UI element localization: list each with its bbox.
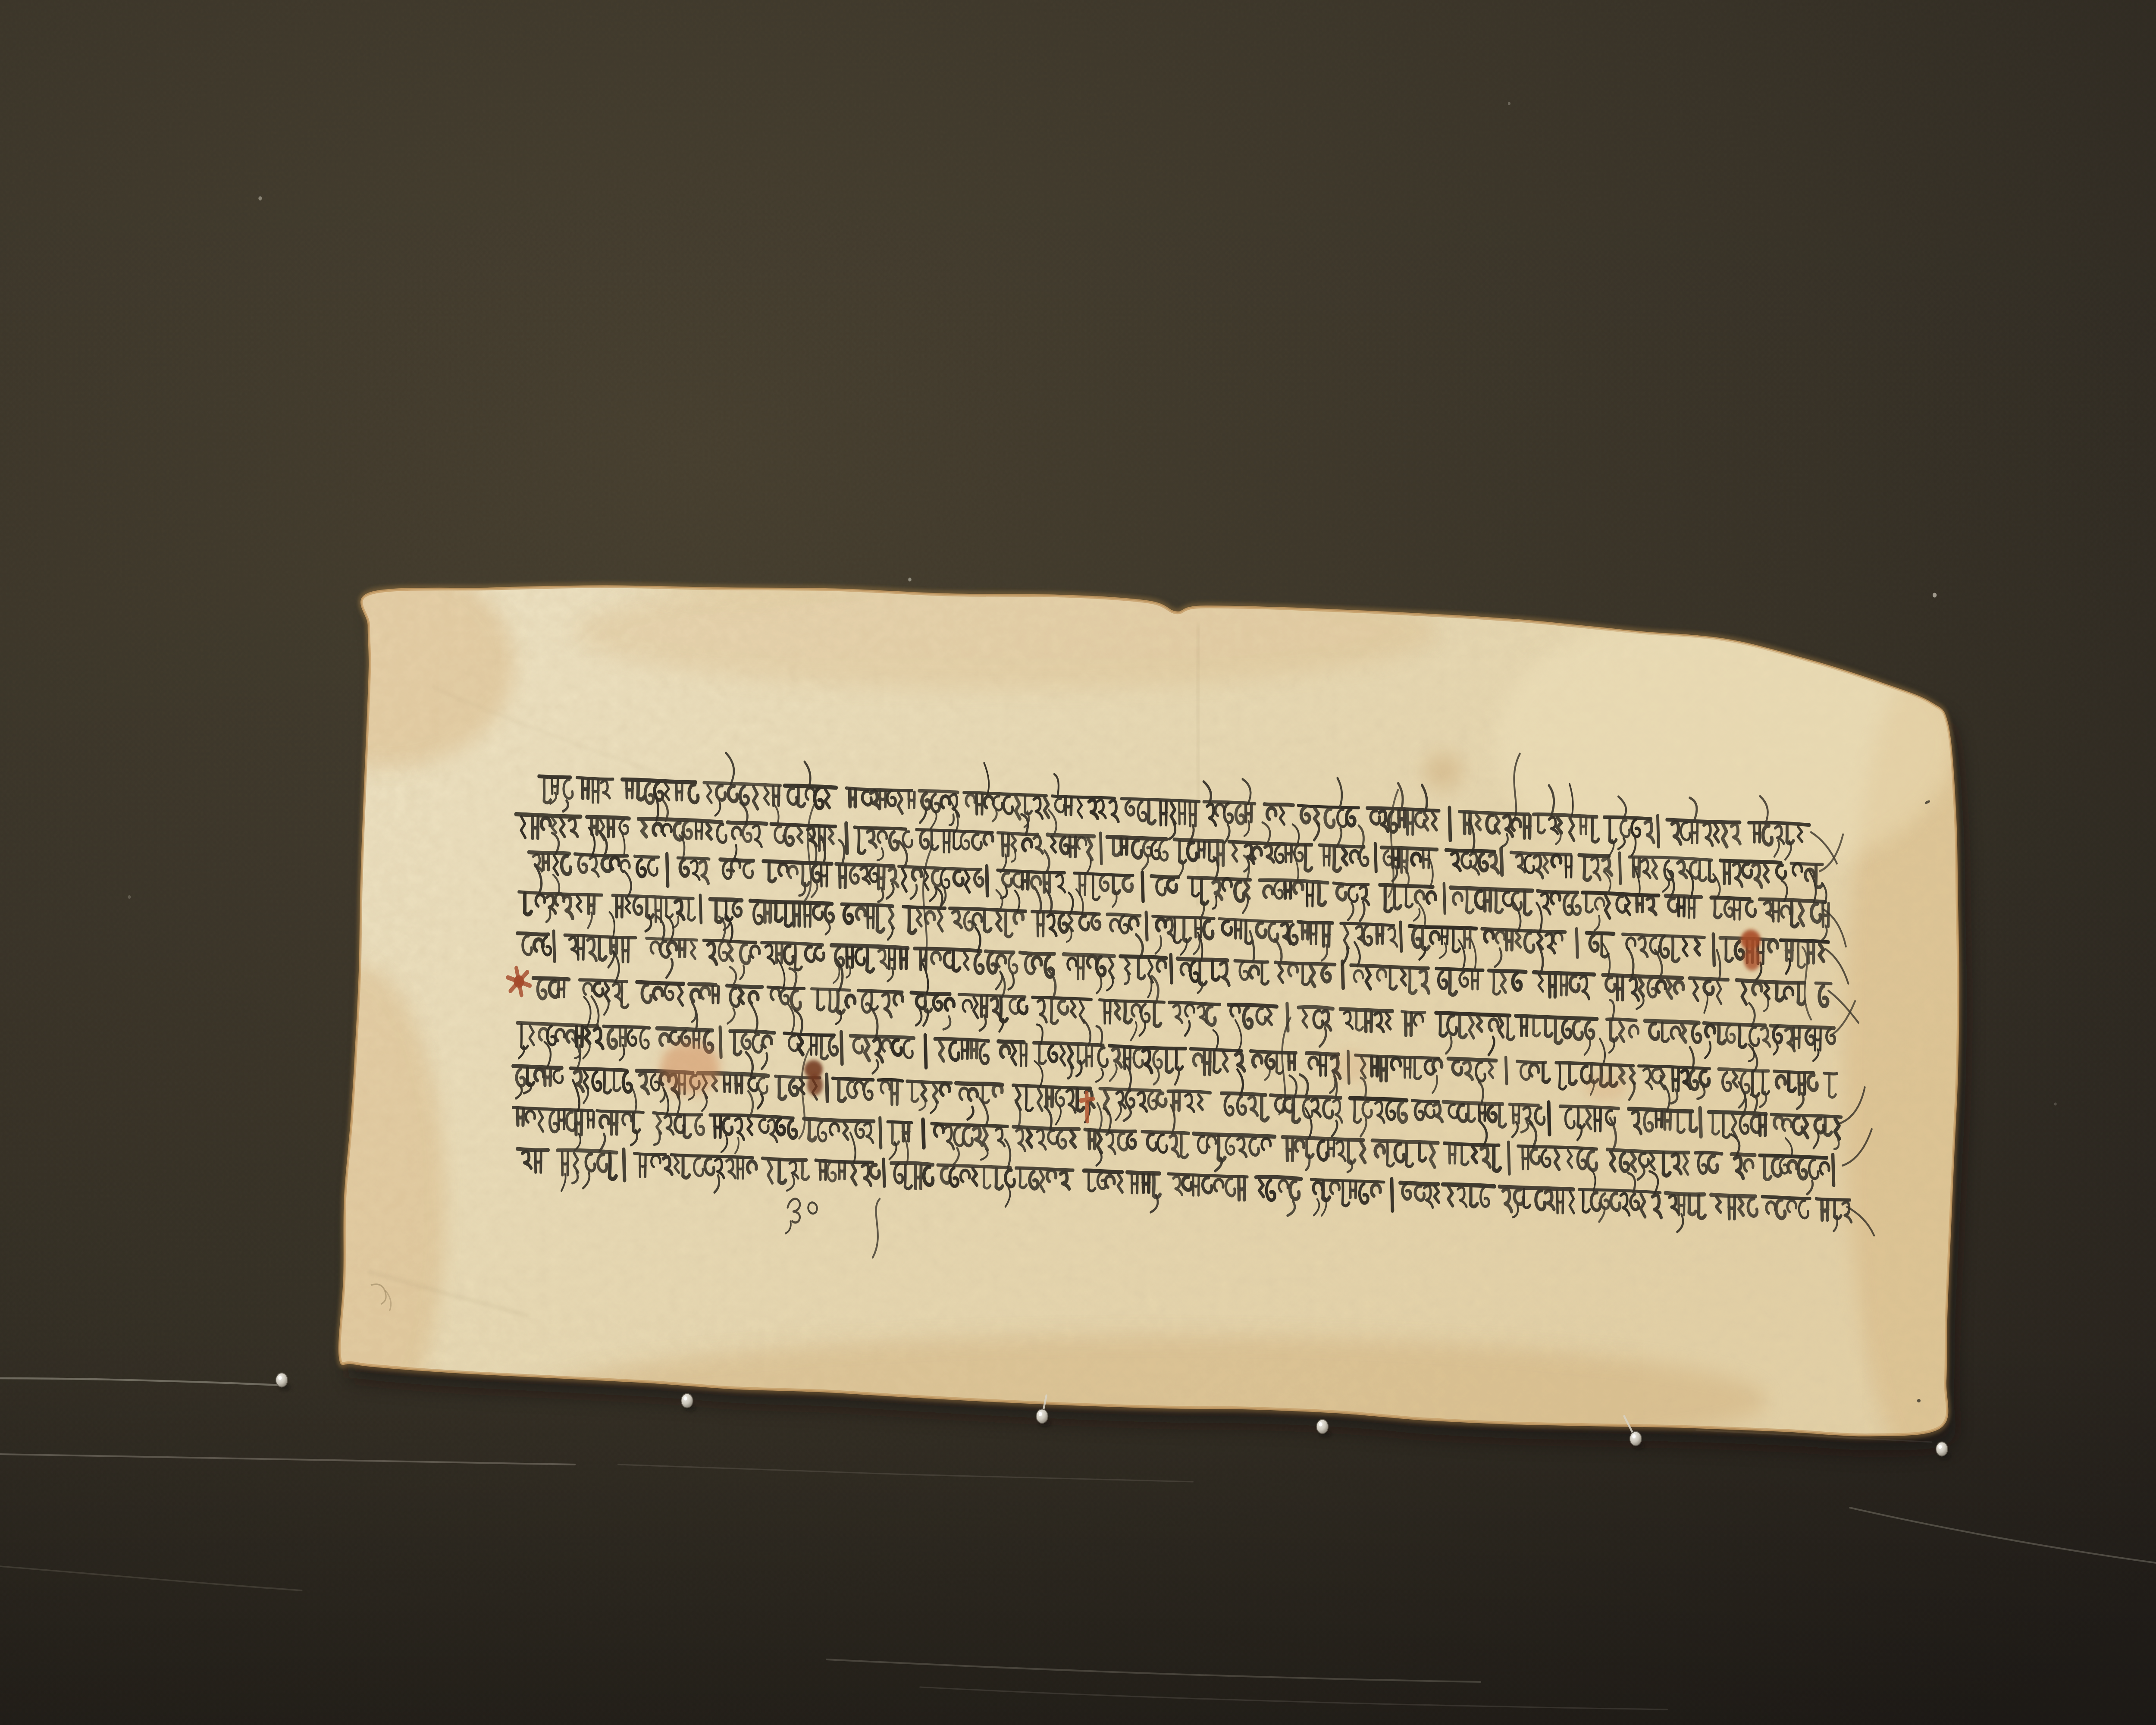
ink-stroke xyxy=(972,1169,977,1185)
ink-stroke xyxy=(707,824,711,839)
pin-highlight xyxy=(1632,1434,1636,1439)
ink-stroke xyxy=(1764,864,1768,881)
dust-speck xyxy=(1933,593,1937,597)
ink-stroke xyxy=(1630,1068,1635,1083)
ink-stroke xyxy=(1620,853,1620,883)
ink-stroke xyxy=(1087,838,1092,859)
ink-stroke xyxy=(884,1160,884,1186)
photo-canvas: Photograph of a single handwritten manus… xyxy=(0,0,2156,1725)
ink-stroke xyxy=(1027,1129,1031,1147)
dust-speck xyxy=(1508,102,1510,105)
ink-stroke xyxy=(1681,1024,1686,1041)
ink-stroke xyxy=(1476,815,1480,830)
ink-stroke xyxy=(855,827,906,829)
ink-stroke xyxy=(1576,929,1577,957)
ink-stroke xyxy=(1314,808,1319,824)
ink-stroke xyxy=(923,1120,924,1147)
ink-stroke xyxy=(635,856,658,857)
ink-stroke xyxy=(517,1149,548,1150)
dust-speck xyxy=(908,578,911,582)
ink-stroke xyxy=(1448,1187,1453,1206)
ink-stroke xyxy=(624,1149,624,1180)
pin-head xyxy=(1936,1442,1948,1456)
pin-head xyxy=(681,1394,693,1408)
ink-stroke xyxy=(922,1084,926,1101)
ink-stroke xyxy=(1631,1153,1636,1171)
ink-stroke xyxy=(1401,969,1406,985)
pin-highlight xyxy=(1039,1412,1042,1416)
ink-stroke xyxy=(1116,1003,1120,1019)
ink-stroke xyxy=(925,1035,926,1067)
ink-stroke xyxy=(911,993,950,994)
ink-stroke xyxy=(517,933,548,935)
ink-stroke xyxy=(1733,1072,1737,1087)
ink-stroke xyxy=(1372,1141,1438,1143)
ink-stroke xyxy=(634,1153,666,1154)
ink-stroke xyxy=(1739,1198,1743,1215)
ink-stroke xyxy=(1719,1069,1769,1071)
ink-stroke xyxy=(829,828,834,844)
ink-stroke xyxy=(799,1036,803,1054)
ink-stroke xyxy=(1713,934,1714,965)
ink-stroke xyxy=(1604,817,1651,819)
ink-stroke xyxy=(586,1028,590,1043)
ink-stroke xyxy=(750,901,832,904)
ink-stroke xyxy=(1275,962,1335,964)
ink-stroke xyxy=(1472,1147,1476,1163)
pin-highlight xyxy=(1319,1422,1322,1427)
ink-stroke xyxy=(720,1027,721,1057)
ink-stroke xyxy=(1151,876,1178,877)
ink-stroke xyxy=(1517,1061,1545,1063)
red-smudge xyxy=(660,1042,720,1094)
ink-stroke xyxy=(1361,1142,1365,1163)
ink-stroke xyxy=(987,866,987,896)
ink-stroke xyxy=(1375,844,1376,872)
ink-stroke xyxy=(1587,933,1614,934)
pin-highlight xyxy=(1938,1445,1942,1449)
ink-stroke xyxy=(1120,957,1166,958)
ink-stroke xyxy=(1443,1184,1494,1186)
ink-stroke xyxy=(1667,980,1671,998)
ink-stroke xyxy=(1557,818,1561,833)
pin-highlight xyxy=(683,1396,687,1401)
ink-stroke xyxy=(939,1041,943,1061)
ink-stroke xyxy=(1774,1071,1814,1073)
ink-stroke xyxy=(1762,1197,1810,1198)
ink-stroke xyxy=(1194,1134,1275,1137)
dust-speck xyxy=(128,895,131,899)
ink-stroke xyxy=(533,978,569,979)
ink-stroke xyxy=(1709,1112,1766,1114)
ink-stroke xyxy=(1097,1132,1102,1153)
ink-stroke xyxy=(1307,1053,1338,1054)
ink-stroke xyxy=(1799,903,1803,925)
ink-stroke xyxy=(700,895,701,922)
ink-stroke xyxy=(1245,882,1249,898)
ink-stroke xyxy=(880,1118,881,1148)
ink-stroke xyxy=(1700,1108,1701,1136)
ink-stroke xyxy=(689,984,716,985)
ink-stroke xyxy=(1100,833,1101,863)
ink-stroke xyxy=(846,823,847,853)
ink-stroke xyxy=(858,991,902,992)
ink-stroke xyxy=(985,951,1014,953)
ink-stroke xyxy=(1508,1142,1509,1174)
manuscript-photo-scene: Photograph of a single handwritten manus… xyxy=(0,0,2156,1725)
ink-stroke xyxy=(1824,1073,1837,1074)
dust-speck xyxy=(258,196,262,201)
ink-stroke xyxy=(865,1038,869,1060)
ink-stroke xyxy=(1142,872,1143,901)
ink-stroke xyxy=(1146,913,1147,940)
ink-stroke xyxy=(1611,1152,1615,1171)
ink-stroke xyxy=(1342,848,1347,865)
ink-stroke xyxy=(667,854,668,886)
ink-stroke xyxy=(1171,955,1172,982)
ink-stroke xyxy=(1256,1177,1301,1179)
ink-stroke xyxy=(642,821,646,837)
ink-stroke xyxy=(1658,816,1658,847)
ink-stroke xyxy=(1516,932,1520,947)
ink-stroke xyxy=(1412,1101,1439,1101)
ink-stroke xyxy=(1298,1007,1333,1009)
ink-stroke xyxy=(1381,847,1437,850)
ink-stroke xyxy=(1350,1098,1407,1101)
ink-stroke xyxy=(1716,1197,1720,1212)
pin-head xyxy=(1630,1432,1642,1446)
ink-stroke xyxy=(554,931,555,961)
ink-stroke xyxy=(730,1031,774,1033)
ink-stroke xyxy=(1264,804,1293,806)
ink-stroke xyxy=(1334,883,1369,884)
ink-stroke xyxy=(1500,1186,1573,1189)
ink-stroke xyxy=(1069,1046,1073,1067)
ink-stroke xyxy=(841,1032,842,1064)
ink-stroke xyxy=(1435,1186,1439,1202)
ink-stroke xyxy=(827,1075,827,1101)
ink-stroke xyxy=(997,913,1001,931)
ink-stroke xyxy=(1833,1155,1834,1186)
faint-red-smear xyxy=(1334,1051,1368,1082)
dust-speck xyxy=(2054,1102,2057,1105)
ink-stroke xyxy=(1430,1145,1435,1167)
ink-stroke xyxy=(1401,922,1401,951)
ink-stroke xyxy=(637,982,683,984)
ink-stroke xyxy=(1259,1179,1263,1196)
ink-stroke xyxy=(1548,1102,1549,1134)
ink-stroke xyxy=(1534,972,1594,975)
ink-stroke xyxy=(1015,797,1020,819)
ink-stroke xyxy=(1731,1154,1755,1155)
ink-stroke xyxy=(1342,961,1343,988)
pin-head xyxy=(1036,1409,1048,1424)
ink-stroke xyxy=(1477,1016,1482,1031)
ink-stroke xyxy=(1835,1119,1839,1139)
ink-stroke xyxy=(1803,1118,1808,1138)
ink-stroke xyxy=(998,1041,1024,1042)
ink-stroke xyxy=(1020,953,1054,954)
ink-stroke xyxy=(1310,966,1315,986)
ink-stroke xyxy=(1495,815,1499,833)
ink-stroke xyxy=(1695,1153,1722,1154)
ink-stroke xyxy=(1071,1131,1075,1147)
faint-red-smear xyxy=(1584,1073,1627,1101)
ink-stroke xyxy=(1723,824,1727,847)
ink-stroke xyxy=(1444,884,1445,913)
ink-stroke xyxy=(1765,983,1769,998)
ink-stroke xyxy=(728,944,732,960)
ink-stroke xyxy=(739,988,743,1004)
ink-stroke xyxy=(1178,959,1228,960)
ink-stroke xyxy=(1695,939,1699,955)
ink-stroke xyxy=(1366,968,1370,989)
ink-stroke xyxy=(516,814,581,817)
ink-stroke xyxy=(1188,878,1250,880)
ink-stroke xyxy=(1501,849,1502,875)
ink-stroke xyxy=(1319,845,1364,847)
ink-stroke xyxy=(1449,808,1450,840)
ink-stroke xyxy=(1816,983,1831,984)
ink-stroke xyxy=(597,1110,643,1112)
ink-stroke xyxy=(1819,944,1824,961)
pin-highlight xyxy=(278,1376,282,1380)
ink-stroke xyxy=(1409,926,1476,928)
pin-head xyxy=(1316,1420,1328,1434)
pin-head xyxy=(276,1373,288,1387)
ink-stroke xyxy=(763,861,832,864)
ink-stroke xyxy=(1639,979,1643,996)
ink-stroke xyxy=(878,1080,903,1081)
ink-stroke xyxy=(580,980,627,982)
ink-stroke xyxy=(1235,961,1268,962)
ink-stroke xyxy=(1506,1057,1507,1083)
ink-stroke xyxy=(798,827,802,842)
ink-stroke xyxy=(1391,1179,1392,1211)
ink-stroke xyxy=(1771,1026,1834,1028)
paper-stain xyxy=(1423,754,1463,788)
